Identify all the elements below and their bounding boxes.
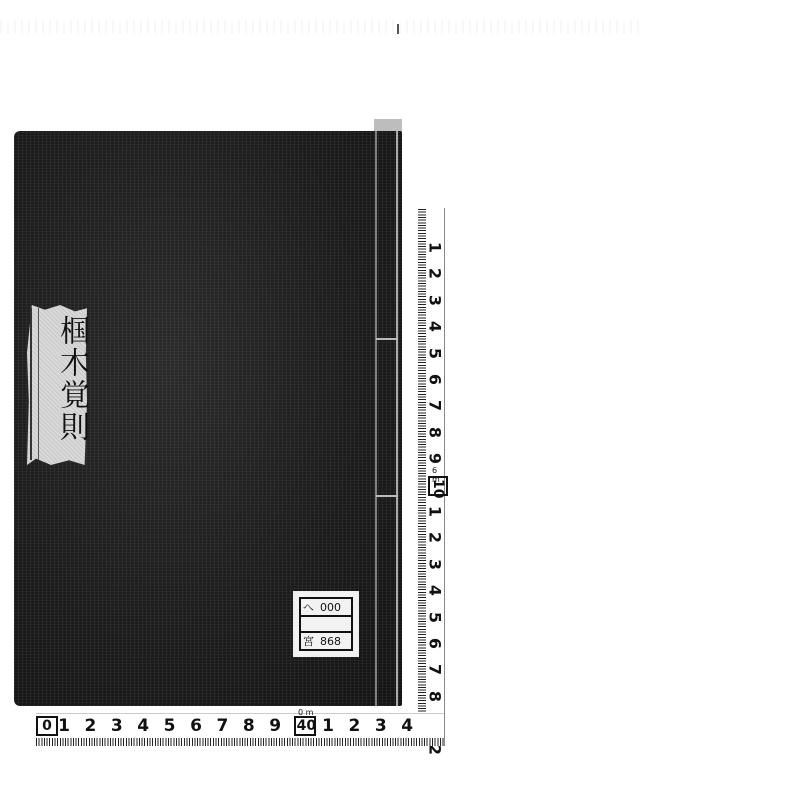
ruler-label: 4 [426, 584, 445, 598]
vertical-scale-ruler: 6 m 123456789101234567892 [418, 208, 445, 746]
ruler-label: 3 [109, 716, 125, 736]
call-row [301, 617, 351, 633]
book-title: 椢木覚則 [54, 315, 88, 443]
ruler-label: 1 [426, 505, 445, 519]
ruler-label: 8 [426, 425, 445, 439]
ruler-label: 9 [426, 452, 445, 466]
ruler-label: 8 [241, 716, 257, 736]
ruler-label: 6 [426, 637, 445, 651]
ruler-label: 3 [426, 557, 445, 571]
ruler-label: 5 [162, 716, 178, 736]
ruler-label: 5 [426, 346, 445, 360]
ruler-label: 7 [214, 716, 230, 736]
ruler-label: 7 [426, 663, 445, 677]
ruler-label: 6 [188, 716, 204, 736]
call-number: 000 [320, 601, 341, 614]
ruler-label: 5 [426, 610, 445, 624]
ruler-label: 2 [426, 267, 445, 281]
ruler-label: 3 [426, 293, 445, 307]
call-row: 宮 868 [301, 633, 351, 649]
ruler-label: 2 [346, 716, 362, 736]
scan-mark [397, 24, 399, 34]
ruler-label: 1 [426, 241, 445, 255]
binding-stitch [376, 495, 398, 497]
call-number-label: へ 000 宮 868 [293, 591, 359, 657]
ruler-label: 10 [428, 476, 448, 496]
ruler-label: 2 [82, 716, 98, 736]
ruler-label: 6 [426, 373, 445, 387]
call-number: 868 [320, 635, 341, 648]
ruler-label: 4 [135, 716, 151, 736]
call-prefix: 宮 [303, 633, 314, 649]
binding-edge [396, 131, 398, 706]
ruler-label: 1 [320, 716, 336, 736]
ruler-ticks [36, 738, 444, 746]
ruler-label: 4 [399, 716, 415, 736]
ruler-label: 7 [426, 399, 445, 413]
call-row: へ 000 [301, 599, 351, 617]
ruler-start-label: 0 [36, 716, 58, 736]
ruler-label: 8 [426, 689, 445, 703]
call-prefix: へ [303, 599, 314, 615]
ruler-label: 3 [373, 716, 389, 736]
title-slip-border [30, 308, 39, 460]
ruler-label: 40 [294, 716, 316, 736]
binding-line [375, 131, 377, 706]
ruler-label: 1 [56, 716, 72, 736]
binding-stitch [376, 338, 398, 340]
horizontal-scale-ruler: 0 0 m 123456789401234 [36, 713, 444, 746]
ruler-label: 4 [426, 320, 445, 334]
ruler-label: 9 [267, 716, 283, 736]
scan-noise [0, 20, 640, 34]
ruler-label: 2 [426, 531, 445, 545]
